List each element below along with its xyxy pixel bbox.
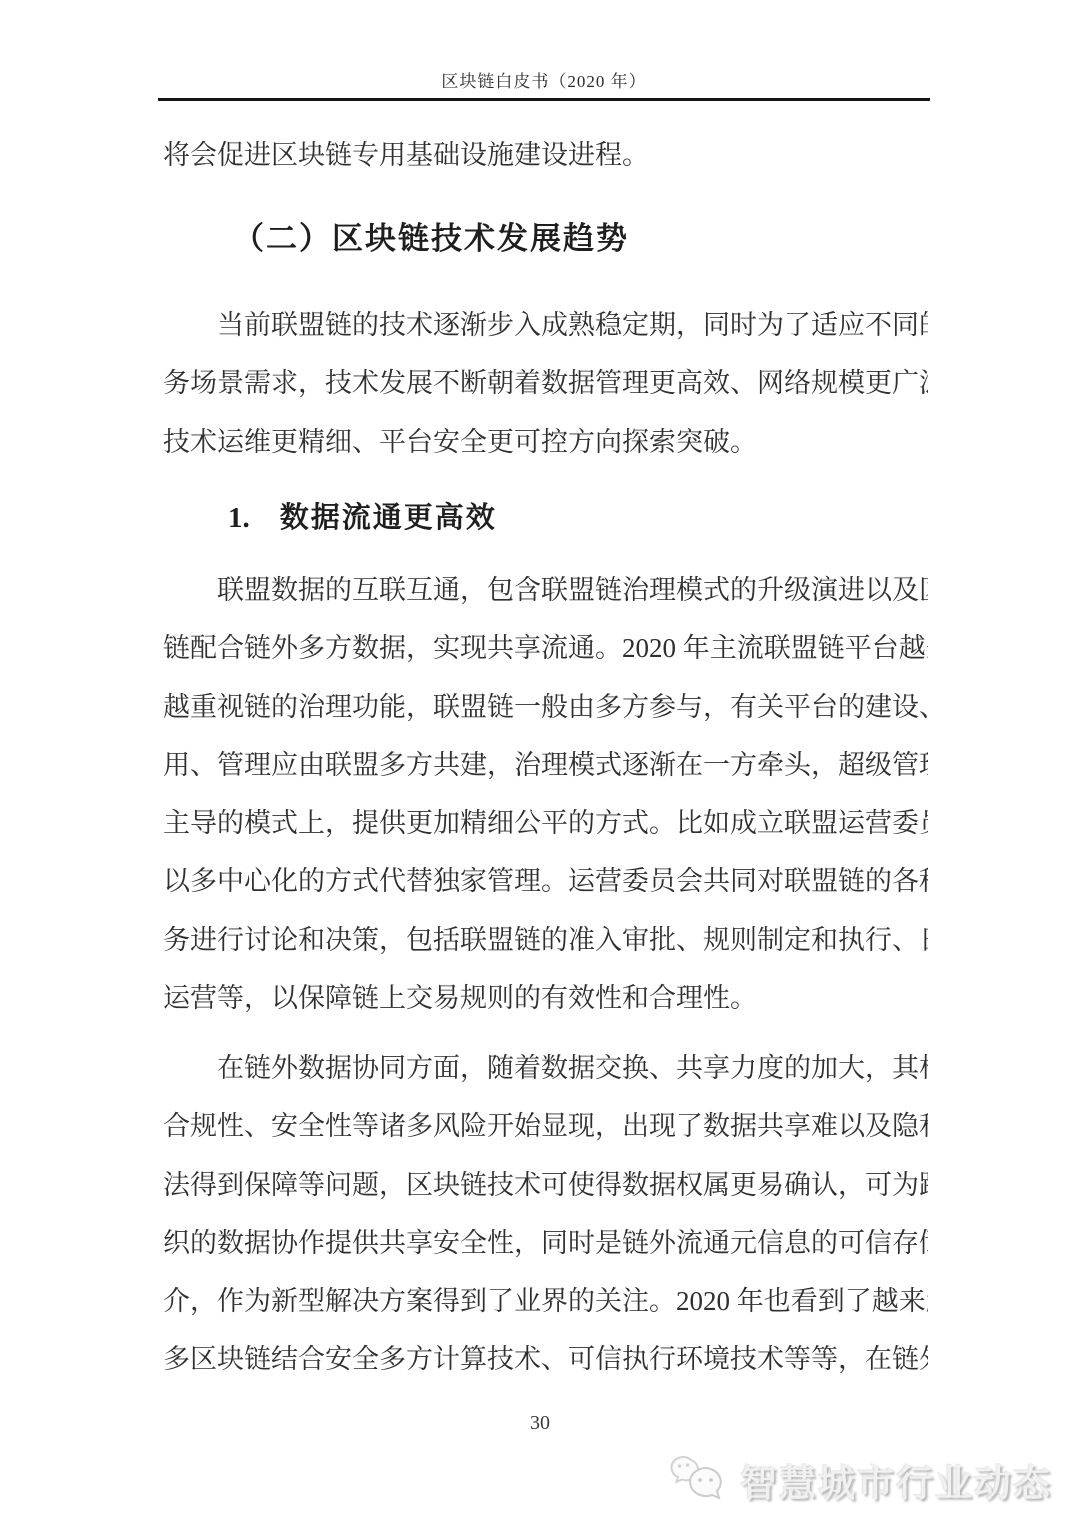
paragraph-3: 在链外数据协同方面，随着数据交换、共享力度的加大，其权属、 合规性、安全性等诸多…	[163, 1039, 928, 1389]
body-line: 介，作为新型解决方案得到了业界的关注。2020 年也看到了越来越	[163, 1272, 928, 1330]
body-line: 当前联盟链的技术逐渐步入成熟稳定期，同时为了适应不同的业	[163, 296, 928, 354]
body-line: 法得到保障等问题，区块链技术可使得数据权属更易确认，可为跨组	[163, 1156, 928, 1214]
body-line: 务进行讨论和决策，包括联盟链的准入审批、规则制定和执行、日常	[163, 911, 928, 969]
header-title: 区块链白皮书（2020 年）	[441, 72, 646, 91]
body-line: 在链外数据协同方面，随着数据交换、共享力度的加大，其权属、	[163, 1039, 928, 1097]
body-line: 运营等，以保障链上交易规则的有效性和合理性。	[163, 969, 928, 1027]
body-line: 越重视链的治理功能，联盟链一般由多方参与，有关平台的建设、使	[163, 678, 928, 736]
paragraph-1: 当前联盟链的技术逐渐步入成熟稳定期，同时为了适应不同的业 务场景需求，技术发展不…	[163, 296, 928, 471]
body-line: 以多中心化的方式代替独家管理。运营委员会共同对联盟链的各种事	[163, 852, 928, 910]
document-page: { "page": { "header_title": "区块链白皮书（2020…	[0, 0, 1080, 1528]
subsection-title: 数据流通更高效	[280, 502, 497, 534]
body-line: 技术运维更精细、平台安全更可控方向探索突破。	[163, 413, 928, 471]
page-number: 30	[0, 1412, 1080, 1435]
subsection-heading: 1.数据流通更高效	[228, 494, 497, 542]
body-line: 织的数据协作提供共享安全性，同时是链外流通元信息的可信存储媒	[163, 1214, 928, 1272]
page-header: 区块链白皮书（2020 年）	[158, 72, 930, 101]
body-line: 主导的模式上，提供更加精细公平的方式。比如成立联盟运营委员会，	[163, 794, 928, 852]
body-line: 多区块链结合安全多方计算技术、可信执行环境技术等等，在链外数	[163, 1330, 928, 1388]
body-line: 联盟数据的互联互通，包含联盟链治理模式的升级演进以及区块	[163, 561, 928, 619]
watermark-label: 智慧城市行业动态	[740, 1453, 1052, 1507]
intro-paragraph: 将会促进区块链专用基础设施建设进程。	[163, 126, 928, 184]
section-heading: （二）区块链技术发展趋势	[233, 214, 629, 264]
body-line: 务场景需求，技术发展不断朝着数据管理更高效、网络规模更广泛、	[163, 354, 928, 412]
body-line: 链配合链外多方数据，实现共享流通。2020 年主流联盟链平台越来	[163, 619, 928, 677]
subsection-number: 1.	[228, 502, 250, 534]
watermark: 智慧城市行业动态	[670, 1452, 1052, 1508]
body-line: 将会促进区块链专用基础设施建设进程。	[163, 126, 928, 184]
body-line: 用、管理应由联盟多方共建，治理模式逐渐在一方牵头，超级管理员	[163, 736, 928, 794]
body-line: 合规性、安全性等诸多风险开始显现，出现了数据共享难以及隐私无	[163, 1097, 928, 1155]
paragraph-2: 联盟数据的互联互通，包含联盟链治理模式的升级演进以及区块 链配合链外多方数据，实…	[163, 561, 928, 1027]
wechat-icon	[670, 1452, 732, 1508]
